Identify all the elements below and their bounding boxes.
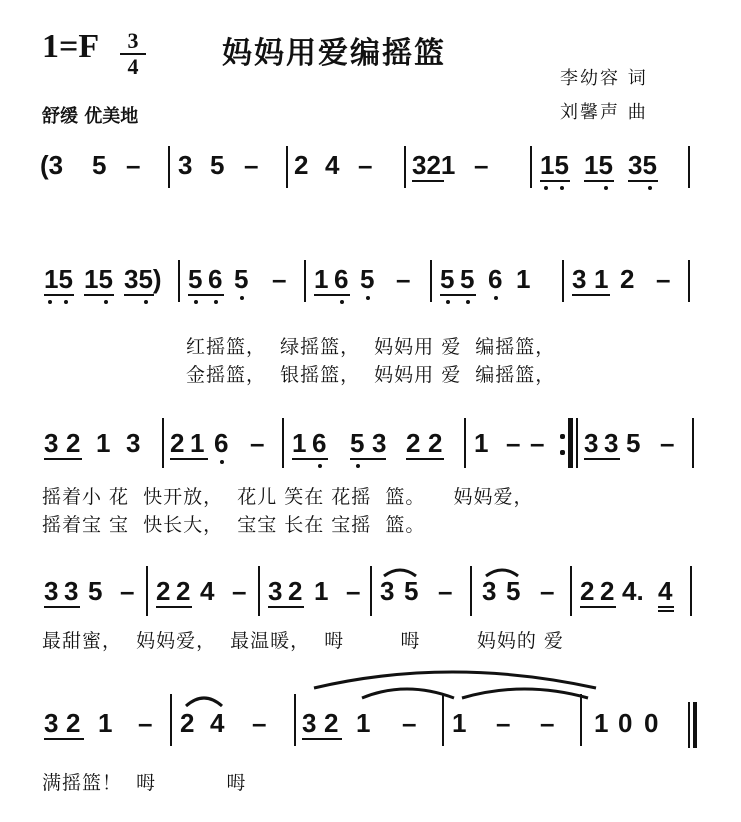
note: 5	[350, 428, 364, 458]
note: 6	[214, 428, 228, 458]
underline-beam	[44, 738, 84, 740]
note: 3	[64, 576, 78, 606]
low-octave-dot	[340, 300, 344, 304]
note: 2	[428, 428, 442, 458]
lyrics-verse-1: 满摇篮！ 呣 呣	[42, 768, 246, 795]
underline-beam	[124, 294, 154, 296]
low-octave-dot	[214, 300, 218, 304]
dash: –	[250, 428, 264, 458]
barline	[282, 418, 284, 468]
dash: –	[540, 708, 554, 738]
low-octave-dot	[144, 300, 148, 304]
note: 1	[474, 428, 488, 458]
note: 1	[314, 264, 328, 294]
barline	[570, 566, 572, 616]
lyrics-verse-1: 红摇篮， 绿摇篮， 妈妈用 爱 编摇篮，	[186, 332, 555, 359]
barline	[464, 418, 466, 468]
note: 5	[92, 150, 106, 180]
note: 3	[44, 428, 58, 458]
note: 3	[268, 576, 282, 606]
lyrics-verse-2: 摇着宝 宝 快长大， 宝宝 长在 宝摇 篮。	[42, 510, 425, 537]
low-octave-dot	[104, 300, 108, 304]
dash: –	[244, 150, 258, 180]
underline-beam	[580, 606, 616, 608]
underline-beam	[44, 294, 74, 296]
low-octave-dot	[604, 186, 608, 190]
barline	[430, 260, 432, 302]
low-octave-dot	[494, 296, 498, 300]
underline-beam	[84, 294, 114, 296]
note: 5	[234, 264, 248, 294]
low-octave-dot	[366, 296, 370, 300]
note-group: 15	[540, 150, 569, 180]
dash: –	[396, 264, 410, 294]
key-signature: 1=F	[42, 28, 99, 66]
underline-beam-double	[658, 610, 674, 612]
note-group: 35	[628, 150, 657, 180]
staff-line-5: 3 2 1 – 2 4 – 3 2 1 – 1 – – 1 0 0	[0, 708, 741, 768]
note: 1	[98, 708, 112, 738]
barline	[170, 694, 172, 746]
barline	[688, 146, 690, 188]
note: (3	[40, 150, 63, 180]
note: 2	[406, 428, 420, 458]
note-group: 15	[44, 264, 73, 294]
barline	[580, 694, 582, 746]
dash: –	[660, 428, 674, 458]
dash: –	[346, 576, 360, 606]
note: 3	[44, 576, 58, 606]
note: 3	[572, 264, 586, 294]
note: 4	[658, 576, 672, 606]
note: 5	[360, 264, 374, 294]
note: 5	[626, 428, 640, 458]
note: 2	[600, 576, 614, 606]
note: 3	[178, 150, 192, 180]
dash: –	[474, 150, 488, 180]
barline	[530, 146, 532, 188]
lyrics-verse-1: 最甜蜜， 妈妈爱， 最温暖， 呣 呣 妈妈的 爱	[42, 626, 564, 653]
final-barline-thick	[693, 702, 697, 748]
dash: –	[656, 264, 670, 294]
note: 2	[176, 576, 190, 606]
underline-beam	[412, 180, 444, 182]
note: 3	[604, 428, 618, 458]
tempo-marking: 舒缓 优美地	[42, 102, 138, 128]
staff-line-3: 3 2 1 3 2 1 6 – 1 6 5 3 2 2 1 – – 3 3 5 …	[0, 428, 741, 488]
low-octave-dot	[240, 296, 244, 300]
dash: –	[232, 576, 246, 606]
underline-beam	[156, 606, 192, 608]
barline	[370, 566, 372, 616]
underline-beam	[44, 606, 80, 608]
note: 1	[594, 264, 608, 294]
note-group: 321	[412, 150, 455, 180]
note: 2	[170, 428, 184, 458]
low-octave-dot	[48, 300, 52, 304]
note: 5	[88, 576, 102, 606]
lyricist-credit: 李幼容 词	[560, 64, 648, 90]
note: 5	[188, 264, 202, 294]
note: 2	[66, 708, 80, 738]
rest: 0	[618, 708, 632, 738]
dash: –	[402, 708, 416, 738]
low-octave-dot	[64, 300, 68, 304]
note: 2	[620, 264, 634, 294]
low-octave-dot	[648, 186, 652, 190]
tie	[460, 684, 590, 706]
low-octave-dot	[466, 300, 470, 304]
low-octave-dot	[318, 464, 322, 468]
underline-beam	[406, 458, 444, 460]
low-octave-dot	[560, 186, 564, 190]
dash: –	[138, 708, 152, 738]
song-title: 妈妈用爱编摇篮	[222, 28, 446, 72]
note-group: 15	[84, 264, 113, 294]
note: 5	[210, 150, 224, 180]
note: 1	[314, 576, 328, 606]
barline	[562, 260, 564, 302]
note: 3	[302, 708, 316, 738]
slur	[184, 694, 224, 708]
underline-beam	[584, 458, 620, 460]
underline-beam	[350, 458, 386, 460]
barline	[688, 260, 690, 302]
dash: –	[438, 576, 452, 606]
note: 1	[516, 264, 530, 294]
note: 5	[440, 264, 454, 294]
barline	[146, 566, 148, 616]
underline-beam	[302, 738, 342, 740]
low-octave-dot	[446, 300, 450, 304]
note: 5	[404, 576, 418, 606]
dash: –	[540, 576, 554, 606]
final-barline-thin	[688, 702, 690, 748]
note: 2	[294, 150, 308, 180]
dash: –	[530, 428, 544, 458]
composer-credit: 刘馨声 曲	[560, 98, 648, 124]
underline-beam	[170, 458, 208, 460]
low-octave-dot	[194, 300, 198, 304]
note-group: 35)	[124, 264, 162, 294]
note: 3	[126, 428, 140, 458]
underline-beam	[572, 294, 610, 296]
note: 4	[210, 708, 224, 738]
note: 6	[488, 264, 502, 294]
note: 1	[190, 428, 204, 458]
note: 2	[288, 576, 302, 606]
underline-beam	[188, 294, 224, 296]
barline	[178, 260, 180, 302]
time-signature-bottom: 4	[120, 56, 146, 78]
barline	[162, 418, 164, 468]
note: 2	[324, 708, 338, 738]
repeat-barline-thick	[568, 418, 573, 468]
low-octave-dot	[544, 186, 548, 190]
underline-beam	[628, 180, 658, 182]
lyrics-verse-1: 摇着小 花 快开放， 花儿 笑在 花摇 篮。 妈妈爱，	[42, 482, 534, 509]
staff-line-1: (3 5 – 3 5 – 2 4 – 321 – 15 15 35	[0, 150, 741, 210]
note: 5	[460, 264, 474, 294]
note-group: 15	[584, 150, 613, 180]
lyrics-verse-2: 金摇篮， 银摇篮， 妈妈用 爱 编摇篮，	[186, 360, 555, 387]
barline	[442, 694, 444, 746]
low-octave-dot	[356, 464, 360, 468]
time-signature: 3 4	[120, 30, 146, 78]
repeat-dot	[560, 434, 565, 439]
note: 6	[208, 264, 222, 294]
note: 2	[66, 428, 80, 458]
underline-beam	[44, 458, 82, 460]
dash: –	[496, 708, 510, 738]
note: 3	[380, 576, 394, 606]
note: 4	[200, 576, 214, 606]
note: 1	[594, 708, 608, 738]
time-signature-top: 3	[120, 30, 146, 52]
barline	[470, 566, 472, 616]
note: 1	[356, 708, 370, 738]
note: 2	[580, 576, 594, 606]
dash: –	[120, 576, 134, 606]
note: 2	[156, 576, 170, 606]
underline-beam	[292, 458, 328, 460]
barline	[168, 146, 170, 188]
underline-beam	[584, 180, 614, 182]
note: 1	[452, 708, 466, 738]
dash: –	[272, 264, 286, 294]
note: 5	[506, 576, 520, 606]
note: 6	[312, 428, 326, 458]
underline-beam	[540, 180, 570, 182]
barline	[690, 566, 692, 616]
note: 6	[334, 264, 348, 294]
barline	[294, 694, 296, 746]
barline	[286, 146, 288, 188]
barline	[304, 260, 306, 302]
barline	[404, 146, 406, 188]
dash: –	[358, 150, 372, 180]
note: 2	[180, 708, 194, 738]
dotted-note: 4.	[622, 576, 644, 606]
note: 3	[482, 576, 496, 606]
note: 3	[372, 428, 386, 458]
low-octave-dot	[220, 460, 224, 464]
underline-beam	[268, 606, 304, 608]
underline-beam	[658, 606, 674, 608]
repeat-dot	[560, 450, 565, 455]
barline	[692, 418, 694, 468]
note: 3	[584, 428, 598, 458]
underline-beam	[314, 294, 350, 296]
underline-beam	[440, 294, 476, 296]
dash: –	[506, 428, 520, 458]
rest: 0	[644, 708, 658, 738]
repeat-barline-thin	[576, 418, 578, 468]
note: 1	[292, 428, 306, 458]
dash: –	[126, 150, 140, 180]
note: 1	[96, 428, 110, 458]
note: 4	[325, 150, 339, 180]
note: 3	[44, 708, 58, 738]
dash: –	[252, 708, 266, 738]
staff-line-2: 15 15 35) 5 6 5 – 1 6 5 – 5 5 6 1 3 1 2 …	[0, 264, 741, 324]
barline	[258, 566, 260, 616]
